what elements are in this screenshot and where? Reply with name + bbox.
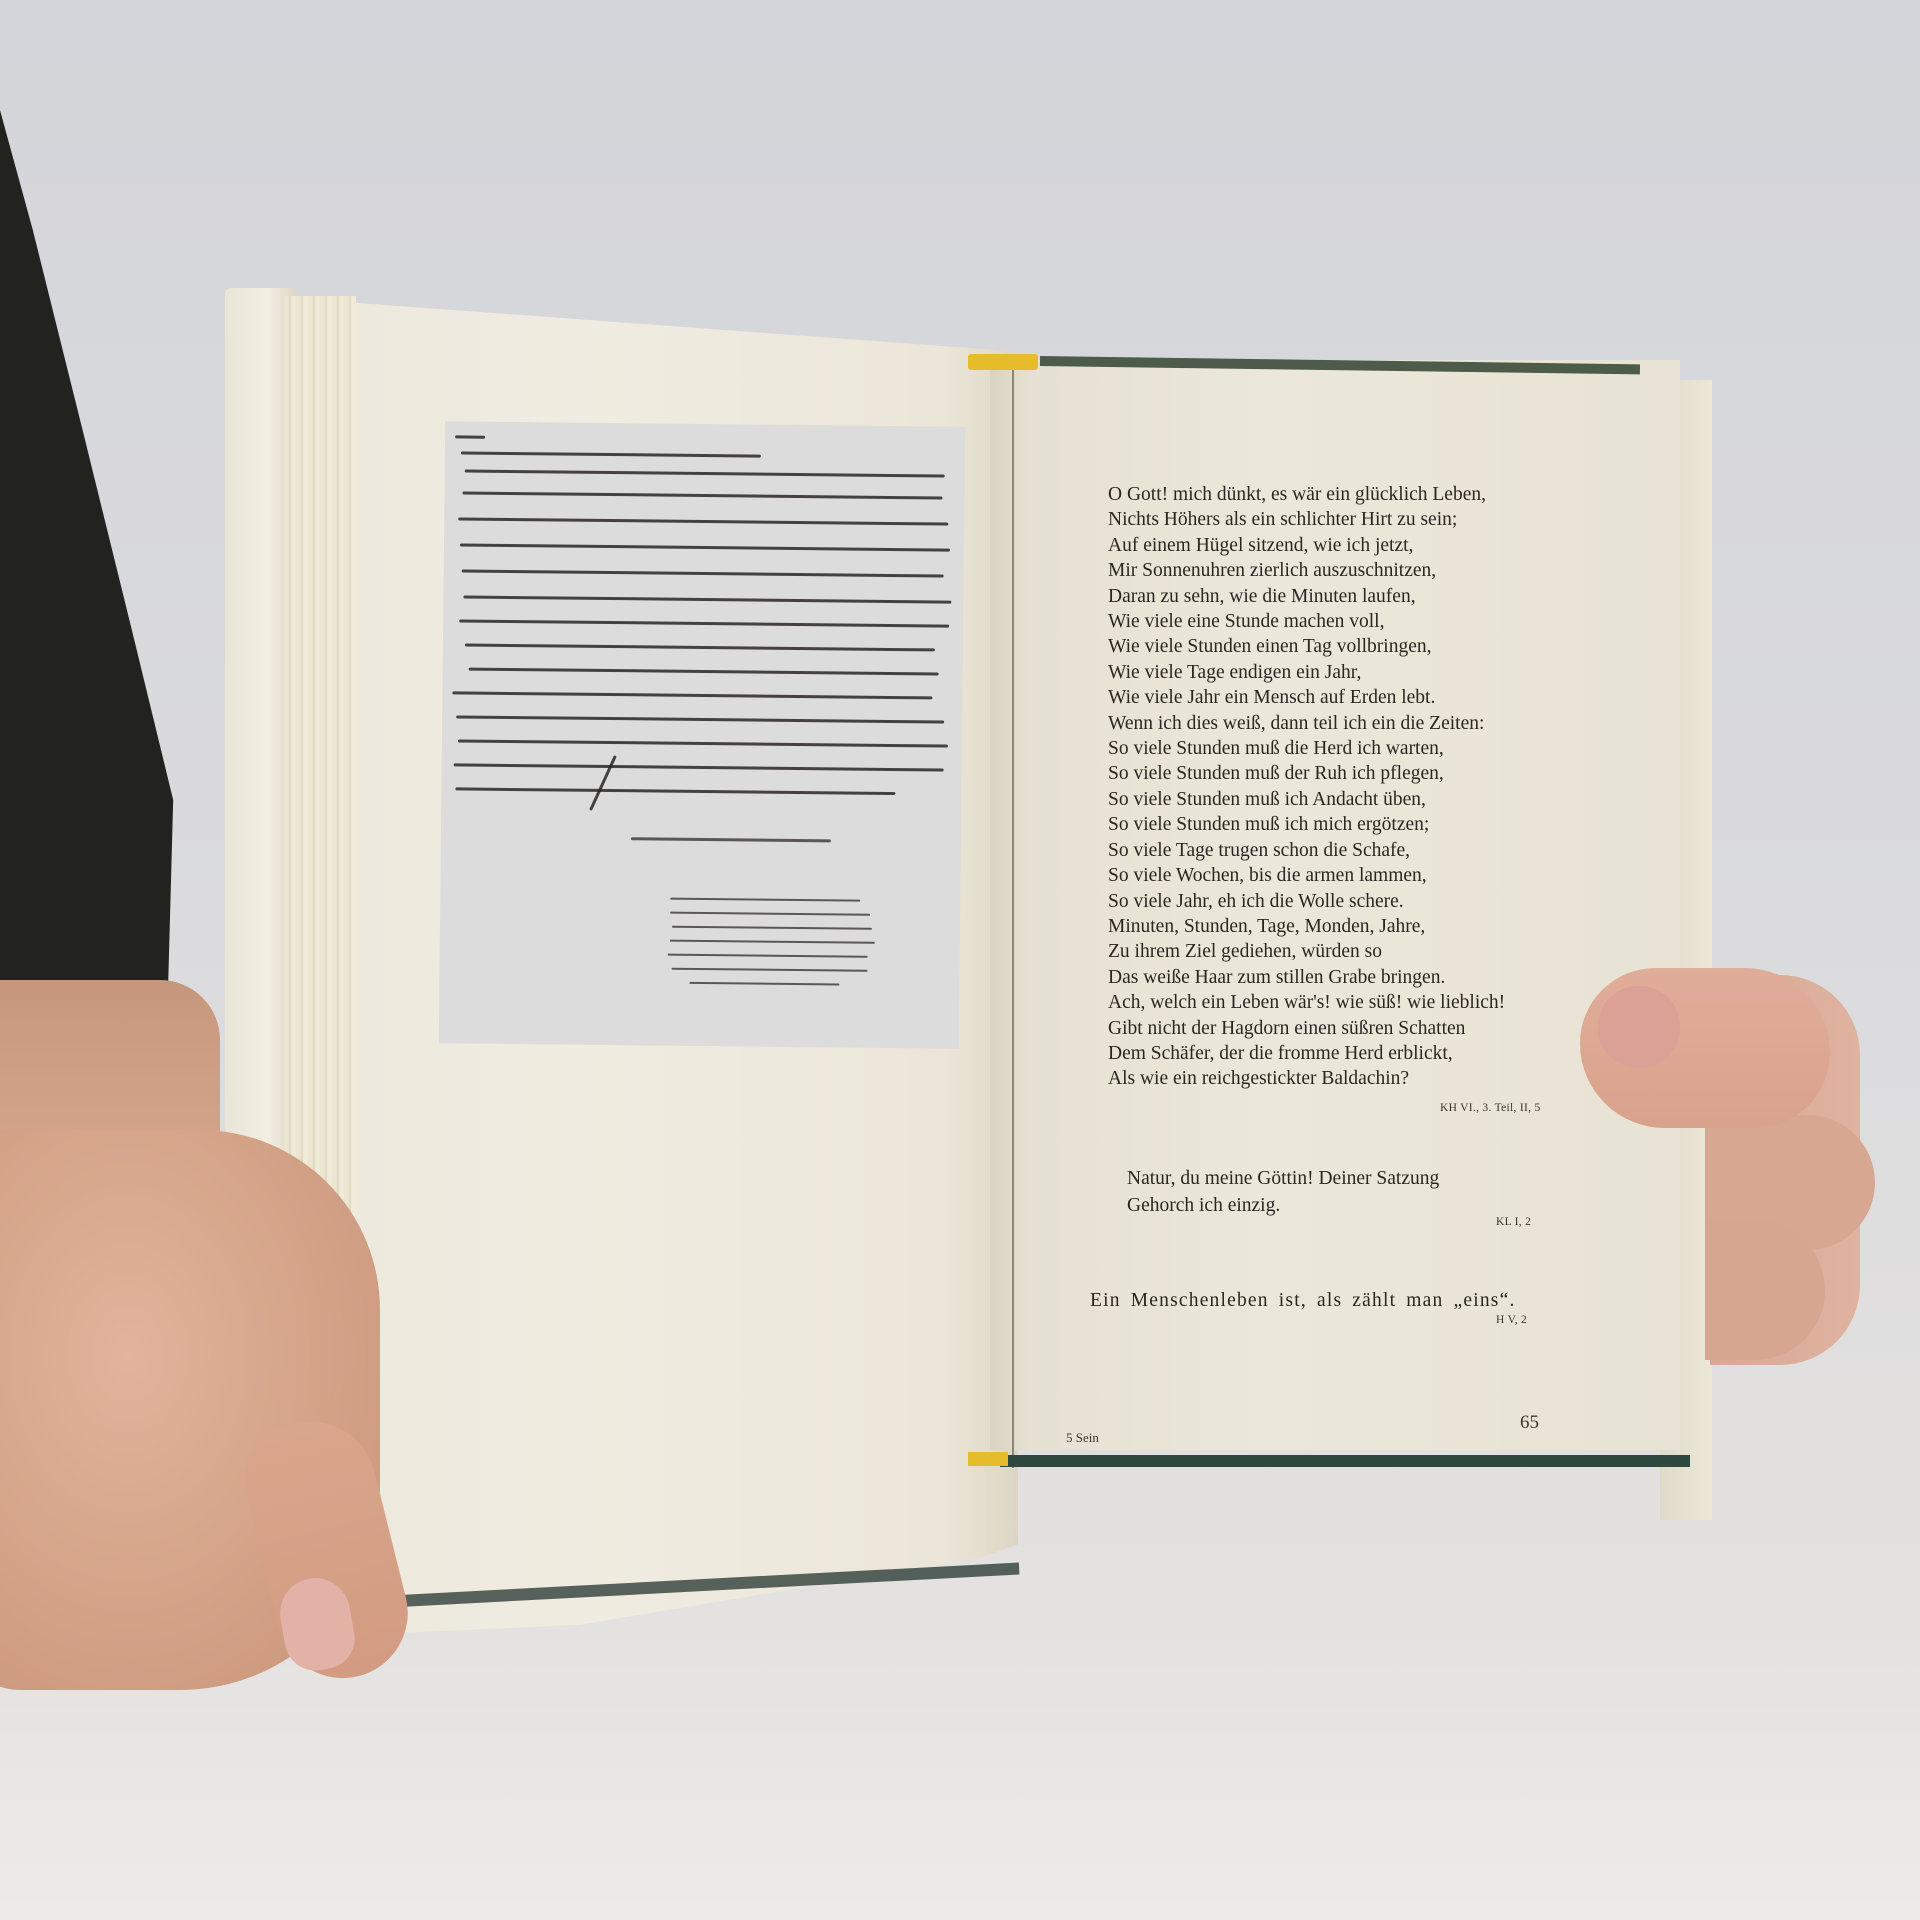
poem-line: Wie viele Tage endigen ein Jahr,	[1108, 660, 1578, 685]
poem-line: Mir Sonnenuhren zierlich auszuschnitzen,	[1108, 558, 1578, 583]
poem-line: So viele Tage trugen schon die Schafe,	[1108, 838, 1578, 863]
poem-line: Wie viele Jahr ein Mensch auf Erden lebt…	[1108, 685, 1578, 710]
poem-line: Daran zu sehn, wie die Minuten laufen,	[1108, 584, 1578, 609]
poem-reference: KH VI., 3. Teil, II, 5	[1440, 1102, 1541, 1114]
quote-line: Gehorch ich einzig.	[1127, 1192, 1439, 1219]
poem-line: So viele Stunden muß ich mich ergötzen;	[1108, 812, 1578, 837]
right-thumbnail	[1598, 986, 1680, 1068]
quote-line: Natur, du meine Göttin! Deiner Satzung	[1127, 1165, 1439, 1192]
poem-line: So viele Jahr, eh ich die Wolle schere.	[1108, 889, 1578, 914]
poem-line: Dem Schäfer, der die fromme Herd erblick…	[1108, 1041, 1578, 1066]
signature	[631, 837, 831, 842]
quote-menschenleben: Ein Menschenleben ist, als zählt man „ei…	[1090, 1290, 1516, 1312]
poem-line: Wie viele eine Stunde machen voll,	[1108, 609, 1578, 634]
quote-natur-reference: KL I, 2	[1496, 1216, 1531, 1228]
poem-line: Minuten, Stunden, Tage, Monden, Jahre,	[1108, 914, 1578, 939]
poem-line: So viele Stunden muß ich Andacht üben,	[1108, 787, 1578, 812]
tailband	[968, 1452, 1008, 1466]
poem-line: Zu ihrem Ziel gediehen, würden so	[1108, 939, 1578, 964]
headband	[968, 354, 1038, 370]
cover-edge-bottom	[1000, 1455, 1690, 1467]
quote-natur: Natur, du meine Göttin! Deiner Satzung G…	[1127, 1165, 1439, 1219]
poem-line: Wenn ich dies weiß, dann teil ich ein di…	[1108, 711, 1578, 736]
poem-line: So viele Wochen, bis die armen lammen,	[1108, 863, 1578, 888]
quote-menschenleben-reference: H V, 2	[1496, 1314, 1527, 1326]
poem-excerpt: O Gott! mich dünkt, es wär ein glücklich…	[1108, 482, 1578, 1092]
signature-mark: 5 Sein	[1066, 1430, 1099, 1446]
poem-line: Nichts Höhers als ein schlichter Hirt zu…	[1108, 507, 1578, 532]
poem-line: So viele Stunden muß die Herd ich warten…	[1108, 736, 1578, 761]
poem-line: O Gott! mich dünkt, es wär ein glücklich…	[1108, 482, 1578, 507]
shirt-sleeve	[0, 40, 220, 990]
gutter	[1012, 358, 1014, 1468]
poem-line: Wie viele Stunden einen Tag vollbringen,	[1108, 634, 1578, 659]
poem-line: Auf einem Hügel sitzend, wie ich jetzt,	[1108, 533, 1578, 558]
page-number: 65	[1520, 1412, 1539, 1434]
poem-line: Ach, welch ein Leben wär's! wie süß! wie…	[1108, 990, 1578, 1015]
table-surface	[0, 1620, 1920, 1920]
poem-line: Gibt nicht der Hagdorn einen süßren Scha…	[1108, 1016, 1578, 1041]
poem-line: Als wie ein reichgestickter Baldachin?	[1108, 1066, 1578, 1091]
poem-line: Das weiße Haar zum stillen Grabe bringen…	[1108, 965, 1578, 990]
manuscript-facsimile	[439, 421, 965, 1048]
poem-line: So viele Stunden muß der Ruh ich pflegen…	[1108, 761, 1578, 786]
